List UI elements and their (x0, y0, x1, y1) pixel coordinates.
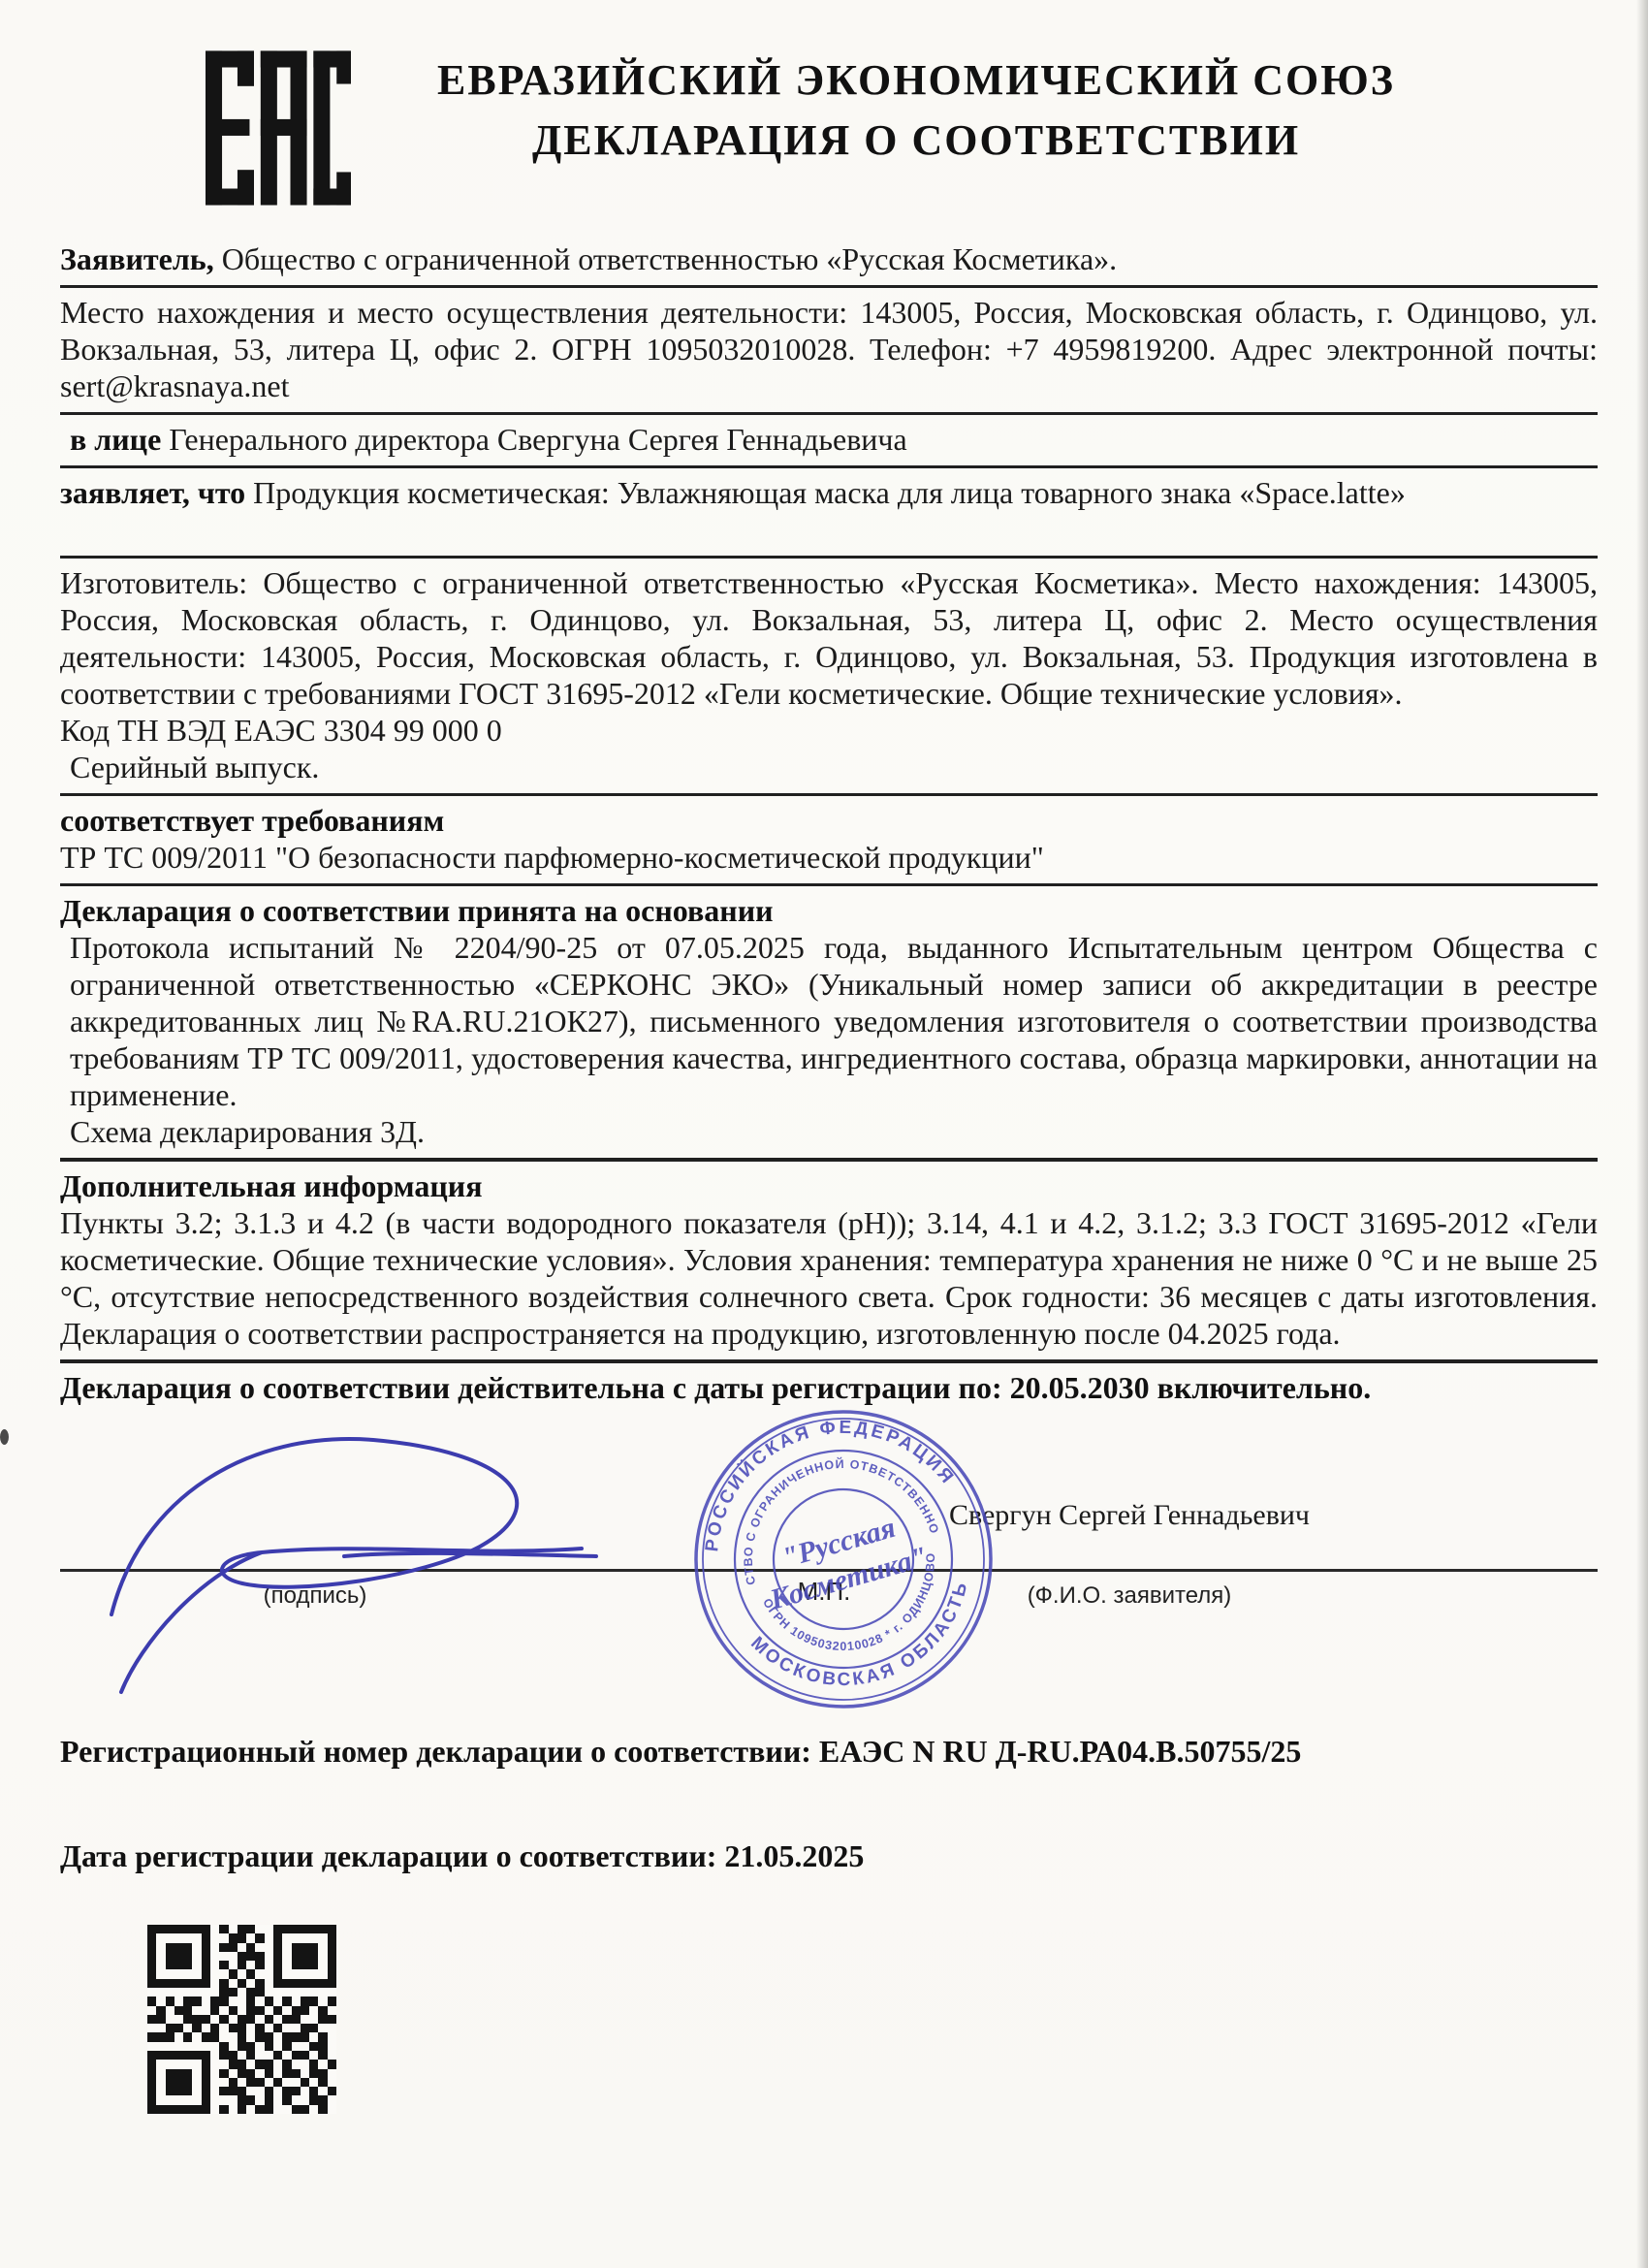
additional-paragraph: Пункты 3.2; 3.1.3 и 4.2 (в части водород… (60, 1204, 1598, 1359)
serial-line: Серийный выпуск. (60, 749, 1598, 793)
handwritten-signature (53, 1411, 625, 1702)
address-paragraph: Место нахождения и место осуществления д… (60, 288, 1598, 412)
basis-paragraph: Протокола испытаний № 2204/90-25 от 07.0… (60, 929, 1598, 1113)
scheme-line: Схема декларирования 3Д. (60, 1113, 1598, 1158)
declares-label: заявляет, что (60, 475, 245, 510)
qr-code (147, 1925, 336, 2114)
declaration-document: ЕВРАЗИЙСКИЙ ЭКОНОМИЧЕСКИЙ СОЮЗ ДЕКЛАРАЦИ… (0, 0, 1648, 2268)
registration-date-line: Дата регистрации декларации о соответств… (60, 1838, 1598, 1874)
applicant-line: Заявитель, Общество с ограниченной ответ… (60, 240, 1598, 285)
title-line-union: ЕВРАЗИЙСКИЙ ЭКОНОМИЧЕСКИЙ СОЮЗ (262, 50, 1570, 111)
title-line-declaration: ДЕКЛАРАЦИЯ О СООТВЕТСТВИИ (262, 111, 1570, 171)
represented-by-label: в лице (70, 422, 161, 457)
validity-line: Декларация о соответствии действительна … (60, 1363, 1598, 1406)
scan-edge-shadow (1636, 0, 1648, 2268)
company-round-stamp: РОССИЙСКАЯ ФЕДЕРАЦИЯ МОСКОВСКАЯ ОБЛАСТЬ … (651, 1367, 1035, 1751)
applicant-label: Заявитель, (60, 241, 214, 276)
declares-line: заявляет, что Продукция косметическая: У… (60, 468, 1598, 511)
document-title: ЕВРАЗИЙСКИЙ ЭКОНОМИЧЕСКИЙ СОЮЗ ДЕКЛАРАЦИ… (262, 50, 1570, 171)
scan-artifact (0, 1429, 9, 1445)
tnved-code-line: Код ТН ВЭД ЕАЭС 3304 99 000 0 (60, 712, 1598, 749)
registration-date-value: 21.05.2025 (716, 1838, 864, 1873)
complies-text: ТР ТС 009/2011 "О безопасности парфюмерн… (60, 839, 1598, 883)
represented-by-line: в лице Генерального директора Свергуна С… (60, 415, 1598, 465)
spacer (60, 511, 1598, 556)
manufacturer-paragraph: Изготовитель: Общество с ограниченной от… (60, 559, 1598, 712)
additional-heading: Дополнительная информация (60, 1162, 1598, 1204)
complies-heading: соответствует требованиям (60, 796, 1598, 839)
document-body: Заявитель, Общество с ограниченной ответ… (60, 240, 1598, 1406)
registration-number-line: Регистрационный номер декларации о соотв… (60, 1734, 1598, 1770)
basis-heading: Декларация о соответствии принята на осн… (60, 886, 1598, 929)
registration-number-value: ЕАЭС N RU Д-RU.РА04.В.50755/25 (811, 1734, 1301, 1769)
